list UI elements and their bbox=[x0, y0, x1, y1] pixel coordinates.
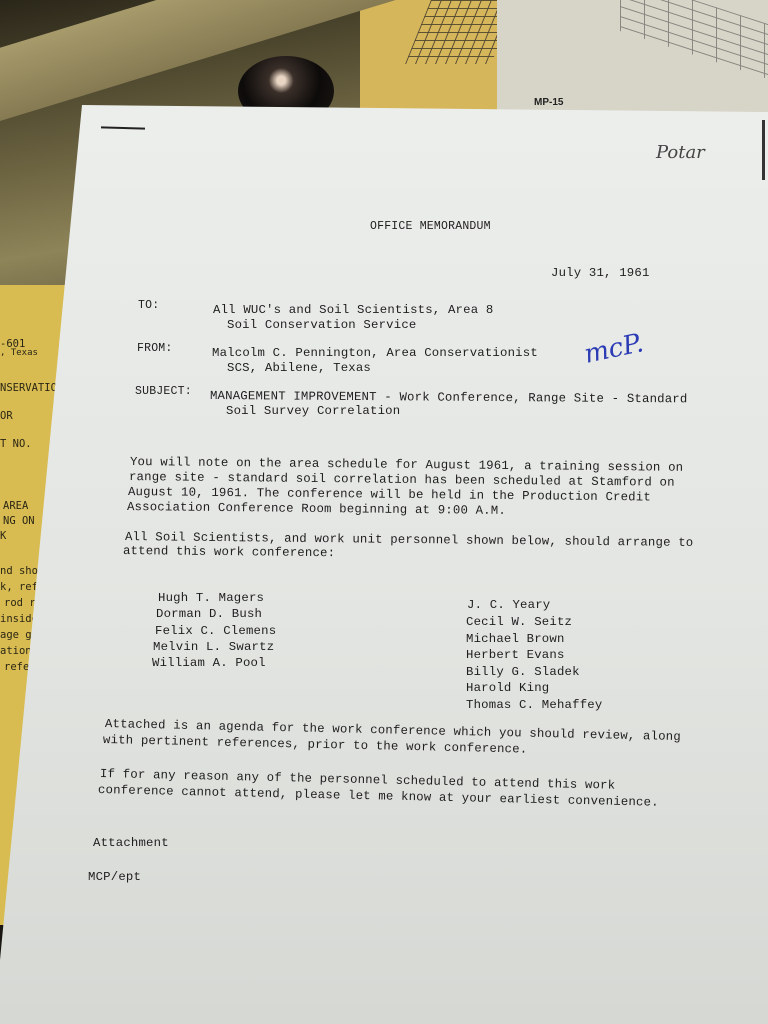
to-line: Soil Conservation Service bbox=[227, 318, 416, 332]
yellow-form-text: K bbox=[0, 530, 6, 542]
to-label: TO: bbox=[138, 299, 159, 312]
personnel-right: Cecil W. Seitz bbox=[466, 615, 572, 629]
handwritten-initials: mcP. bbox=[582, 328, 647, 370]
personnel-left: Hugh T. Magers bbox=[158, 591, 264, 605]
enclosure-note: Attachment bbox=[93, 836, 169, 850]
paper-edge bbox=[762, 120, 765, 180]
personnel-right: Billy G. Sladek bbox=[466, 665, 580, 679]
paragraph-line: Association Conference Room beginning at… bbox=[127, 500, 506, 518]
personnel-right: Michael Brown bbox=[466, 632, 565, 646]
yellow-form-text: NG ON bbox=[3, 515, 35, 527]
staple bbox=[101, 126, 145, 129]
yellow-form-text: AREA bbox=[3, 500, 28, 512]
subject-label: SUBJECT: bbox=[135, 385, 192, 398]
yellow-form-text: , Texas bbox=[0, 348, 38, 358]
memo-title: OFFICE MEMORANDUM bbox=[370, 220, 491, 233]
from-line: Malcolm C. Pennington, Area Conservation… bbox=[212, 346, 538, 360]
paragraph-line: attend this work conference: bbox=[123, 544, 335, 560]
memo-date: July 31, 1961 bbox=[551, 266, 650, 280]
sheet-label: MP-15 bbox=[534, 97, 563, 108]
yellow-form-text: refe bbox=[4, 661, 29, 673]
personnel-left: Dorman D. Bush bbox=[156, 607, 262, 621]
subject-line: Soil Survey Correlation bbox=[226, 404, 400, 418]
yellow-form-text: inside bbox=[0, 613, 38, 625]
yellow-form-text: rod r bbox=[4, 597, 36, 609]
from-label: FROM: bbox=[137, 342, 173, 355]
yellow-form-text: NSERVATION bbox=[0, 382, 63, 394]
personnel-right: Herbert Evans bbox=[466, 648, 565, 662]
to-line: All WUC's and Soil Scientists, Area 8 bbox=[213, 303, 493, 317]
personnel-left: Melvin L. Swartz bbox=[153, 640, 274, 654]
reference-initials: MCP/ept bbox=[88, 870, 141, 884]
personnel-right: Harold King bbox=[466, 681, 549, 695]
handwritten-name: Potar bbox=[656, 142, 705, 163]
yellow-form-text: OR bbox=[0, 410, 13, 422]
yellow-form-text: T NO. bbox=[0, 438, 32, 450]
memo-paper: Potar OFFICE MEMORANDUM July 31, 1961 TO… bbox=[0, 0, 768, 1024]
personnel-left: William A. Pool bbox=[152, 656, 266, 670]
personnel-right: J. C. Yeary bbox=[467, 598, 550, 612]
yellow-form-text: ation bbox=[0, 645, 32, 657]
personnel-right: Thomas C. Mehaffey bbox=[466, 698, 602, 712]
personnel-left: Felix C. Clemens bbox=[155, 624, 276, 638]
from-line: SCS, Abilene, Texas bbox=[227, 361, 371, 375]
